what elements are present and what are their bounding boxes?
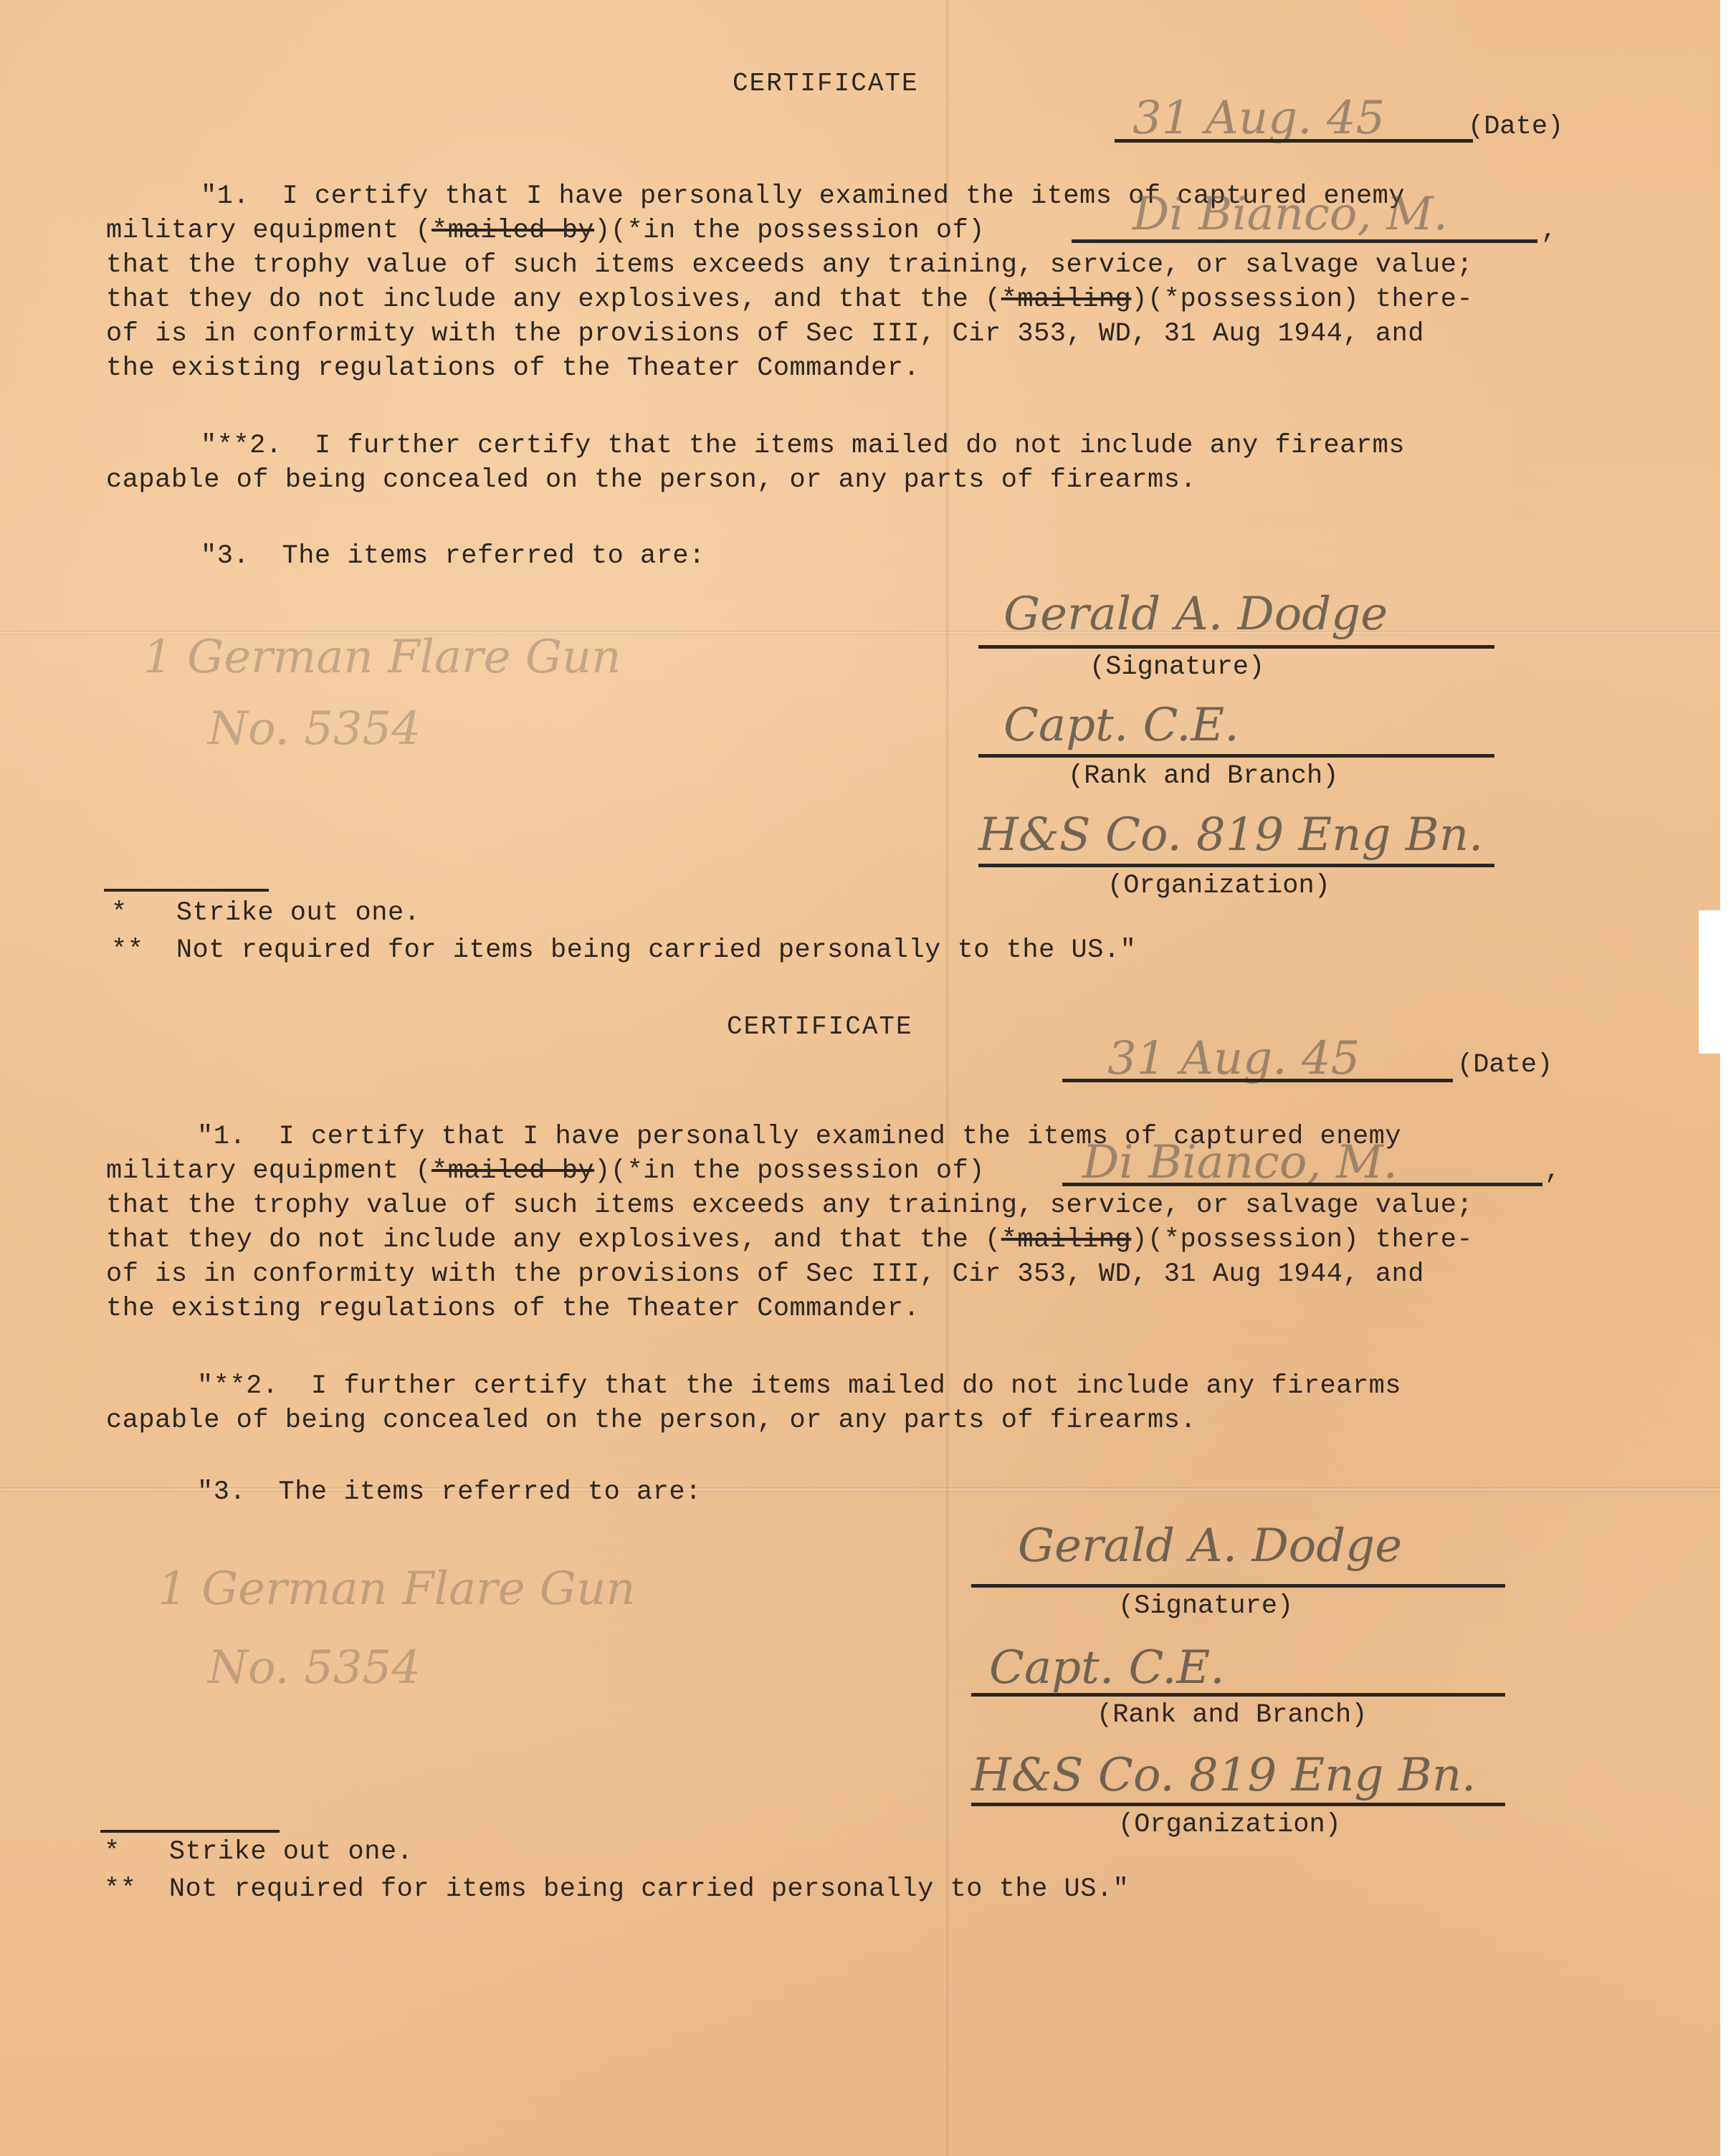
date-line <box>1115 139 1473 143</box>
footnote-1: * Strike out one. <box>111 896 420 930</box>
struck-option: *mailing <box>1001 285 1132 315</box>
rank-line <box>978 754 1494 758</box>
date-handwritten: 31 Aug. 45 <box>1107 1032 1360 1085</box>
date-label: (Date) <box>1457 1050 1553 1080</box>
para1-line6: the existing regulations of the Theater … <box>106 351 920 386</box>
organization-line <box>978 864 1494 867</box>
certificate-title: CERTIFICATE <box>733 69 919 98</box>
items-handwritten: 1 German Flare Gun <box>158 1563 635 1616</box>
organization-line <box>971 1803 1505 1806</box>
para1-line2: military equipment (*mailed by)(*in the … <box>106 1154 985 1188</box>
para1-line3: that the trophy value of such items exce… <box>106 1188 1473 1223</box>
signature-handwritten: Gerald A. Dodge <box>1018 1520 1402 1573</box>
para2-line2: capable of being concealed on the person… <box>106 1403 1196 1438</box>
date-label: (Date) <box>1468 112 1563 142</box>
certificate-title: CERTIFICATE <box>727 1012 913 1041</box>
signature-label: (Signature) <box>1089 652 1264 682</box>
para1-line6: the existing regulations of the Theater … <box>106 1292 920 1326</box>
footnote-rule <box>104 889 269 892</box>
signature-label: (Signature) <box>1118 1591 1293 1621</box>
organization-label: (Organization) <box>1107 871 1330 901</box>
signature-handwritten: Gerald A. Dodge <box>1003 588 1388 641</box>
para1-line5: of is in conformity with the provisions … <box>106 317 1424 351</box>
footnote-2: ** Not required for items being carried … <box>111 933 1136 968</box>
date-handwritten: 31 Aug. 45 <box>1132 92 1385 145</box>
torn-edge <box>1699 910 1720 1054</box>
para3-line: "3. The items referred to are: <box>197 1475 702 1509</box>
para1-line5: of is in conformity with the provisions … <box>106 1257 1424 1292</box>
serial-handwritten: No. 5354 <box>208 702 421 755</box>
organization-handwritten: H&S Co. 819 Eng Bn. <box>978 808 1483 862</box>
organization-handwritten: H&S Co. 819 Eng Bn. <box>971 1749 1476 1802</box>
rank-label: (Rank and Branch) <box>1068 761 1338 791</box>
para1-line2: military equipment (*mailed by)(*in the … <box>106 214 985 248</box>
struck-option: *mailing <box>1001 1225 1132 1255</box>
para2-line1: "**2. I further certify that the items m… <box>197 1369 1401 1403</box>
footnote-2: ** Not required for items being carried … <box>104 1872 1129 1907</box>
footnote-rule <box>100 1830 280 1833</box>
para1-line4: that they do not include any explosives,… <box>106 282 1473 317</box>
signature-line <box>971 1584 1505 1588</box>
organization-label: (Organization) <box>1118 1810 1341 1840</box>
rank-handwritten: Capt. C.E. <box>1003 699 1239 752</box>
possessor-handwritten: Di Bianco, M. <box>1132 188 1448 241</box>
para2-line1: "**2. I further certify that the items m… <box>201 429 1405 463</box>
struck-option: *mailed by <box>431 216 594 246</box>
para2-line2: capable of being concealed on the person… <box>106 463 1196 497</box>
possessor-handwritten: Di Bianco, M. <box>1082 1136 1398 1189</box>
rank-line <box>971 1693 1505 1697</box>
signature-line <box>978 645 1494 649</box>
para1-line3: that the trophy value of such items exce… <box>106 248 1473 282</box>
rank-label: (Rank and Branch) <box>1097 1700 1367 1730</box>
items-handwritten: 1 German Flare Gun <box>143 631 621 684</box>
para3-line: "3. The items referred to are: <box>201 539 705 573</box>
para1-line4: that they do not include any explosives,… <box>106 1223 1473 1257</box>
date-line <box>1062 1079 1453 1082</box>
footnote-1: * Strike out one. <box>104 1835 413 1869</box>
paper-sheet: CERTIFICATE 31 Aug. 45 (Date) "1. I cert… <box>0 0 1720 2156</box>
struck-option: *mailed by <box>431 1156 594 1186</box>
rank-handwritten: Capt. C.E. <box>989 1641 1225 1694</box>
serial-handwritten: No. 5354 <box>208 1641 421 1694</box>
possessor-line <box>1072 239 1537 243</box>
possessor-line <box>1062 1183 1542 1186</box>
